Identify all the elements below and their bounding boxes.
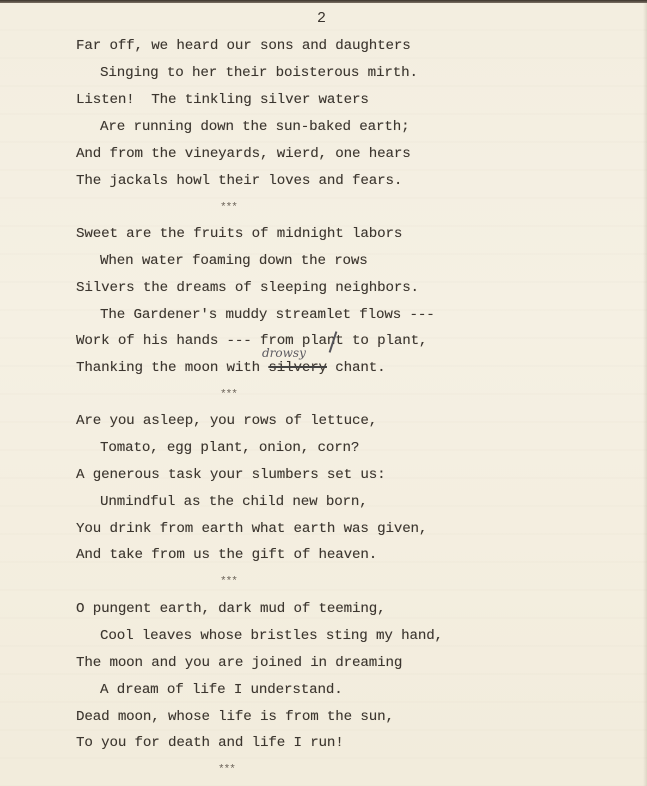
line-text-after: to plant,: [344, 333, 428, 349]
poem-line: A dream of life I understand.: [100, 682, 343, 698]
poem-line: The moon and you are joined in dreaming: [76, 655, 402, 671]
poem-line: Sweet are the fruits of midnight labors: [76, 226, 402, 242]
poem-line: Cool leaves whose bristles sting my hand…: [100, 628, 443, 644]
poem-line: Singing to her their boisterous mirth.: [100, 65, 418, 81]
poem-line-with-mark: Work of his hands --- from plant to plan…: [76, 333, 427, 349]
line-text-after: chant.: [327, 360, 386, 376]
stanza-separator: ***: [220, 389, 237, 401]
stanza-separator: ***: [218, 764, 235, 776]
line-text: Thanking the moon with: [76, 360, 268, 376]
handwritten-insertion: drowsy: [262, 346, 306, 360]
stanza-separator: ***: [220, 202, 237, 214]
page-number: 2: [317, 10, 326, 27]
poem-line: A generous task your slumbers set us:: [76, 467, 385, 483]
stanza-separator: ***: [220, 576, 237, 588]
poem-line: Tomato, egg plant, onion, corn?: [100, 440, 359, 456]
poem-line: The jackals howl their loves and fears.: [76, 173, 402, 189]
poem-line: And take from us the gift of heaven.: [76, 547, 377, 563]
poem-line: Are you asleep, you rows of lettuce,: [76, 413, 377, 429]
poem-line: You drink from earth what earth was give…: [76, 521, 427, 537]
poem-line: Listen! The tinkling silver waters: [76, 92, 369, 108]
poem-line: Silvers the dreams of sleeping neighbors…: [76, 280, 419, 296]
poem-line: The Gardener's muddy streamlet flows ---: [100, 307, 435, 323]
poem-line: Far off, we heard our sons and daughters: [76, 38, 411, 54]
struck-word: silvery: [268, 360, 327, 376]
poem-line: Are running down the sun-baked earth;: [100, 119, 409, 135]
poem-line: To you for death and life I run!: [76, 735, 344, 751]
poem-line: And from the vineyards, wierd, one hears: [76, 146, 411, 162]
poem-line-with-edit: Thanking the moon with silvery chant.: [76, 360, 386, 376]
poem-line: Dead moon, whose life is from the sun,: [76, 709, 394, 725]
page-right-edge: [643, 3, 647, 786]
poem-line: Unmindful as the child new born,: [100, 494, 368, 510]
poem-line: O pungent earth, dark mud of teeming,: [76, 601, 385, 617]
poem-line: When water foaming down the rows: [100, 253, 368, 269]
